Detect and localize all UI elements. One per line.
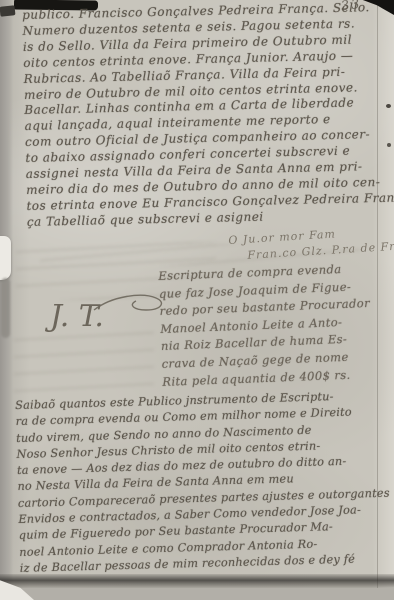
ink-speck bbox=[386, 104, 391, 108]
scanner-bed-strip bbox=[0, 588, 394, 600]
torn-edge-patch bbox=[0, 236, 11, 280]
notary-signature: O Ju.or mor FamFran.co Glz. P.ra de Fran… bbox=[228, 221, 394, 265]
edge-smudge bbox=[1, 278, 10, 338]
paraph-swash bbox=[94, 295, 161, 310]
deed-heading-block: Escriptura de compra evendaque faz Jose … bbox=[158, 260, 381, 391]
scanner-artifact-top-left-blob bbox=[0, 5, 15, 17]
manuscript-page-scan: 33 publico. Francisco Gonçalves Pedreira… bbox=[0, 0, 394, 600]
paraph-initials-text: J. T. bbox=[44, 299, 104, 334]
ink-speck bbox=[387, 143, 391, 147]
opening-paragraph: publico. Francisco Gonçalves Pedreira Fr… bbox=[22, 0, 387, 231]
page-bottom-edge-shadow bbox=[0, 574, 394, 588]
body-paragraph: Saibaõ quantos este Publico jnstrumento … bbox=[15, 388, 392, 578]
paraph-initials-flourish: J. T. bbox=[42, 288, 172, 340]
